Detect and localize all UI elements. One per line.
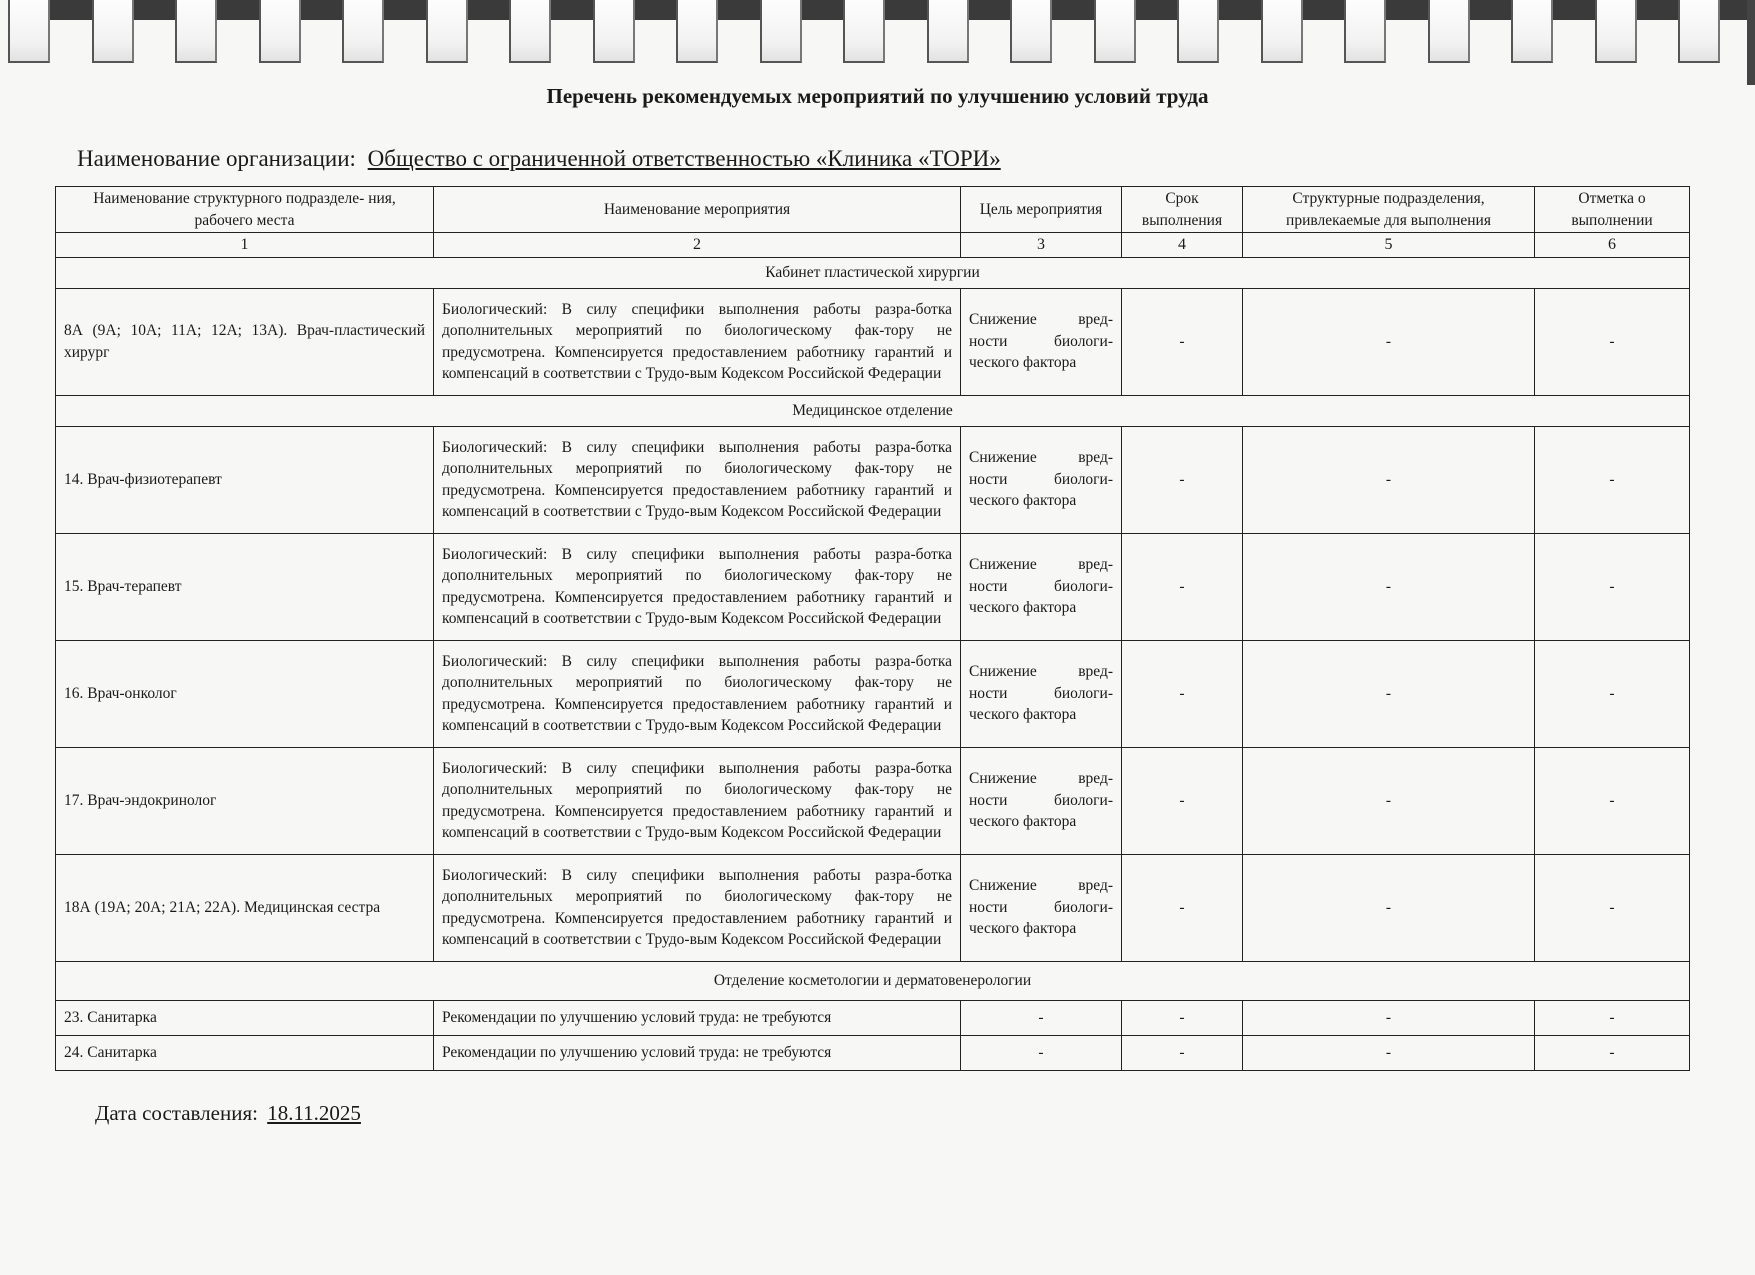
measure-cell: Биологический: В силу специфики выполнен… (434, 533, 961, 640)
goal-cell: Снижение вред-ности биологи-ческого факт… (961, 288, 1122, 395)
table-row: 24. Санитарка Рекомендации по улучшению … (56, 1035, 1690, 1070)
page-edge-shadow (1747, 0, 1755, 85)
binding-loop (1678, 0, 1720, 63)
col-number: 4 (1122, 233, 1243, 258)
departments-cell: - (1243, 1035, 1535, 1070)
table-row: 14. Врач-физиотерапевт Биологический: В … (56, 426, 1690, 533)
goal-cell: Снижение вред-ности биологи-ческого факт… (961, 854, 1122, 961)
goal-cell: Снижение вред-ности биологи-ческого факт… (961, 640, 1122, 747)
binding-loop (92, 0, 134, 63)
departments-cell: - (1243, 854, 1535, 961)
col-header-departments: Структурные подразделения, привлекаемые … (1243, 187, 1535, 233)
binding-loop (1595, 0, 1637, 63)
binding-gap (883, 0, 927, 20)
deadline-cell: - (1122, 747, 1243, 854)
binding-loop (1344, 0, 1386, 63)
workplace-cell: 23. Санитарка (56, 1000, 434, 1035)
goal-cell: - (961, 1035, 1122, 1070)
deadline-cell: - (1122, 426, 1243, 533)
departments-cell: - (1243, 533, 1535, 640)
binding-gap (633, 0, 677, 20)
binding-gap (1468, 0, 1512, 20)
binding-gap (48, 0, 92, 20)
binding-loop (1010, 0, 1052, 63)
workplace-cell: 16. Врач-онколог (56, 640, 434, 747)
col-header-mark: Отметка о выполнении (1535, 187, 1690, 233)
section-title: Отделение косметологии и дерматовенероло… (56, 961, 1690, 1000)
deadline-cell: - (1122, 533, 1243, 640)
binding-loop (1428, 0, 1470, 63)
binding-gap (1384, 0, 1428, 20)
col-number: 2 (434, 233, 961, 258)
measure-cell: Биологический: В силу специфики выполнен… (434, 288, 961, 395)
completion-mark-cell: - (1535, 288, 1690, 395)
binding-gap (132, 0, 176, 20)
departments-cell: - (1243, 288, 1535, 395)
binding-gap (1635, 0, 1679, 20)
section-title: Медицинское отделение (56, 395, 1690, 426)
binding-loop (259, 0, 301, 63)
completion-mark-cell: - (1535, 747, 1690, 854)
deadline-cell: - (1122, 1035, 1243, 1070)
measure-cell: Рекомендации по улучшению условий труда:… (434, 1000, 961, 1035)
col-number: 3 (961, 233, 1122, 258)
binding-gap (1551, 0, 1595, 20)
binding-gap (549, 0, 593, 20)
binding-loop (342, 0, 384, 63)
binding-loop (760, 0, 802, 63)
measure-cell: Биологический: В силу специфики выполнен… (434, 747, 961, 854)
table-row: 23. Санитарка Рекомендации по улучшению … (56, 1000, 1690, 1035)
workplace-cell: 14. Врач-физиотерапевт (56, 426, 434, 533)
deadline-cell: - (1122, 288, 1243, 395)
table-row: 8А (9А; 10А; 11А; 12А; 13А). Врач-пласти… (56, 288, 1690, 395)
date-label: Дата составления: (95, 1101, 258, 1125)
binding-gap (299, 0, 343, 20)
header-row: Наименование структурного подразделе- ни… (56, 187, 1690, 233)
binding-loop (509, 0, 551, 63)
spiral-binding (0, 0, 1755, 68)
column-number-row: 1 2 3 4 5 6 (56, 233, 1690, 258)
workplace-cell: 15. Врач-терапевт (56, 533, 434, 640)
organization-line: Наименование организации: Общество с огр… (77, 146, 1015, 172)
binding-gap (1134, 0, 1178, 20)
completion-mark-cell: - (1535, 640, 1690, 747)
workplace-cell: 18А (19А; 20А; 21А; 22А). Медицинская се… (56, 854, 434, 961)
binding-loop (426, 0, 468, 63)
col-header-goal: Цель мероприятия (961, 187, 1122, 233)
completion-mark-cell: - (1535, 426, 1690, 533)
deadline-cell: - (1122, 854, 1243, 961)
measure-cell: Рекомендации по улучшению условий труда:… (434, 1035, 961, 1070)
completion-mark-cell: - (1535, 1000, 1690, 1035)
binding-loop (8, 0, 50, 63)
departments-cell: - (1243, 640, 1535, 747)
binding-gap (1217, 0, 1261, 20)
binding-gap (215, 0, 259, 20)
binding-gap (967, 0, 1011, 20)
goal-cell: Снижение вред-ности биологи-ческого факт… (961, 747, 1122, 854)
binding-gap (800, 0, 844, 20)
col-number: 1 (56, 233, 434, 258)
binding-loop (1094, 0, 1136, 63)
section-row: Отделение косметологии и дерматовенероло… (56, 961, 1690, 1000)
binding-loop (843, 0, 885, 63)
binding-loop (175, 0, 217, 63)
completion-mark-cell: - (1535, 533, 1690, 640)
binding-loop (676, 0, 718, 63)
binding-gap (1301, 0, 1345, 20)
binding-loop (927, 0, 969, 63)
departments-cell: - (1243, 1000, 1535, 1035)
measure-cell: Биологический: В силу специфики выполнен… (434, 854, 961, 961)
goal-cell: Снижение вред-ности биологи-ческого факт… (961, 426, 1122, 533)
completion-mark-cell: - (1535, 1035, 1690, 1070)
departments-cell: - (1243, 426, 1535, 533)
section-row: Медицинское отделение (56, 395, 1690, 426)
col-number: 6 (1535, 233, 1690, 258)
binding-loop (1177, 0, 1219, 63)
measures-table: Наименование структурного подразделе- ни… (55, 186, 1690, 1071)
date-line: Дата составления: 18.11.2025 (95, 1101, 365, 1126)
workplace-cell: 8А (9А; 10А; 11А; 12А; 13А). Врач-пласти… (56, 288, 434, 395)
binding-loop (1261, 0, 1303, 63)
binding-gap (716, 0, 760, 20)
table-row: 16. Врач-онколог Биологический: В силу с… (56, 640, 1690, 747)
completion-mark-cell: - (1535, 854, 1690, 961)
goal-cell: - (961, 1000, 1122, 1035)
goal-cell: Снижение вред-ности биологи-ческого факт… (961, 533, 1122, 640)
binding-gap (382, 0, 426, 20)
col-header-deadline: Срок выполнения (1122, 187, 1243, 233)
workplace-cell: 17. Врач-эндокринолог (56, 747, 434, 854)
measure-cell: Биологический: В силу специфики выполнен… (434, 640, 961, 747)
col-header-measure: Наименование мероприятия (434, 187, 961, 233)
deadline-cell: - (1122, 1000, 1243, 1035)
col-number: 5 (1243, 233, 1535, 258)
table-row: 15. Врач-терапевт Биологический: В силу … (56, 533, 1690, 640)
measure-cell: Биологический: В силу специфики выполнен… (434, 426, 961, 533)
table-row: 17. Врач-эндокринолог Биологический: В с… (56, 747, 1690, 854)
workplace-cell: 24. Санитарка (56, 1035, 434, 1070)
section-row: Кабинет пластической хирургии (56, 257, 1690, 288)
binding-gap (1050, 0, 1094, 20)
table-row: 18А (19А; 20А; 21А; 22А). Медицинская се… (56, 854, 1690, 961)
binding-gap (466, 0, 510, 20)
deadline-cell: - (1122, 640, 1243, 747)
date-value: 18.11.2025 (263, 1101, 365, 1125)
section-title: Кабинет пластической хирургии (56, 257, 1690, 288)
organization-value: Общество с ограниченной ответственностью… (362, 146, 1015, 171)
organization-label: Наименование организации: (77, 146, 356, 171)
binding-loop (593, 0, 635, 63)
col-header-place: Наименование структурного подразделе- ни… (56, 187, 434, 233)
binding-loop (1511, 0, 1553, 63)
document-title: Перечень рекомендуемых мероприятий по ул… (0, 84, 1755, 109)
departments-cell: - (1243, 747, 1535, 854)
